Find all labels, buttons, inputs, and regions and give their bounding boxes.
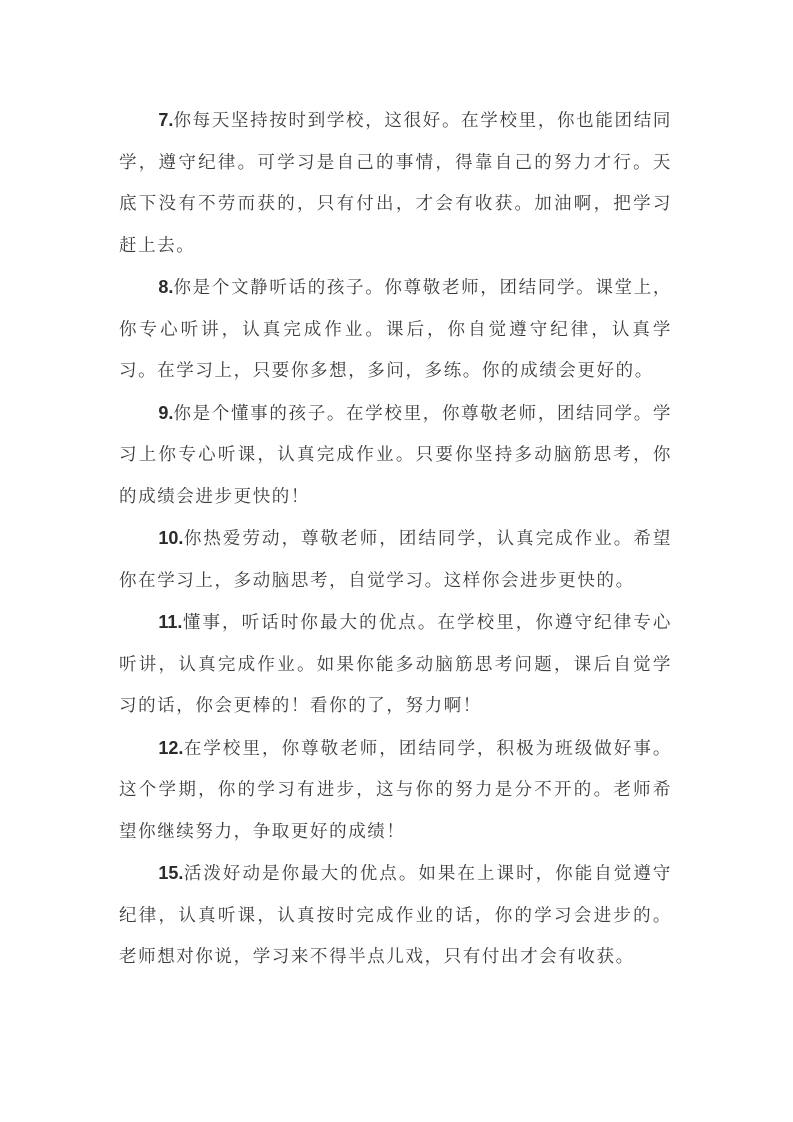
- paragraph-number: 11.: [158, 612, 182, 632]
- comment-paragraph-10: 10.你热爱劳动，尊敬老师，团结同学，认真完成作业。希望你在学习上，多动脑思考，…: [119, 518, 672, 602]
- paragraph-number: 12.: [158, 738, 183, 758]
- comment-paragraph-11: 11.懂事，听话时你最大的优点。在学校里，你遵守纪律专心听讲，认真完成作业。如果…: [119, 602, 672, 728]
- paragraph-text: 活泼好动是你最大的优点。如果在上课时，你能自觉遵守纪律，认真听课，认真按时完成作…: [119, 864, 672, 967]
- paragraph-number: 7.: [158, 110, 173, 130]
- paragraph-number: 10.: [158, 528, 183, 548]
- comment-paragraph-9: 9.你是个懂事的孩子。在学校里，你尊敬老师，团结同学。学习上你专心听课，认真完成…: [119, 393, 672, 519]
- comment-paragraph-12: 12.在学校里，你尊敬老师，团结同学，积极为班级做好事。这个学期，你的学习有进步…: [119, 728, 672, 854]
- document-page: 7.你每天坚持按时到学校，这很好。在学校里，你也能团结同学，遵守纪律。可学习是自…: [119, 100, 672, 979]
- paragraph-text: 懂事，听话时你最大的优点。在学校里，你遵守纪律专心听讲，认真完成作业。如果你能多…: [119, 613, 672, 716]
- paragraph-number: 9.: [158, 403, 173, 423]
- comment-paragraph-8: 8.你是个文静听话的孩子。你尊敬老师，团结同学。课堂上，你专心听讲，认真完成作业…: [119, 267, 672, 393]
- comment-paragraph-7: 7.你每天坚持按时到学校，这很好。在学校里，你也能团结同学，遵守纪律。可学习是自…: [119, 100, 672, 267]
- paragraph-text: 你是个懂事的孩子。在学校里，你尊敬老师，团结同学。学习上你专心听课，认真完成作业…: [119, 404, 672, 507]
- paragraph-number: 15.: [158, 863, 183, 883]
- comment-paragraph-15: 15.活泼好动是你最大的优点。如果在上课时，你能自觉遵守纪律，认真听课，认真按时…: [119, 853, 672, 979]
- paragraph-text: 在学校里，你尊敬老师，团结同学，积极为班级做好事。这个学期，你的学习有进步，这与…: [119, 739, 672, 842]
- paragraph-number: 8.: [158, 277, 173, 297]
- paragraph-text: 你每天坚持按时到学校，这很好。在学校里，你也能团结同学，遵守纪律。可学习是自己的…: [119, 111, 672, 256]
- paragraph-text: 你热爱劳动，尊敬老师，团结同学，认真完成作业。希望你在学习上，多动脑思考，自觉学…: [119, 529, 672, 591]
- paragraph-text: 你是个文静听话的孩子。你尊敬老师，团结同学。课堂上，你专心听讲，认真完成作业。课…: [119, 278, 672, 381]
